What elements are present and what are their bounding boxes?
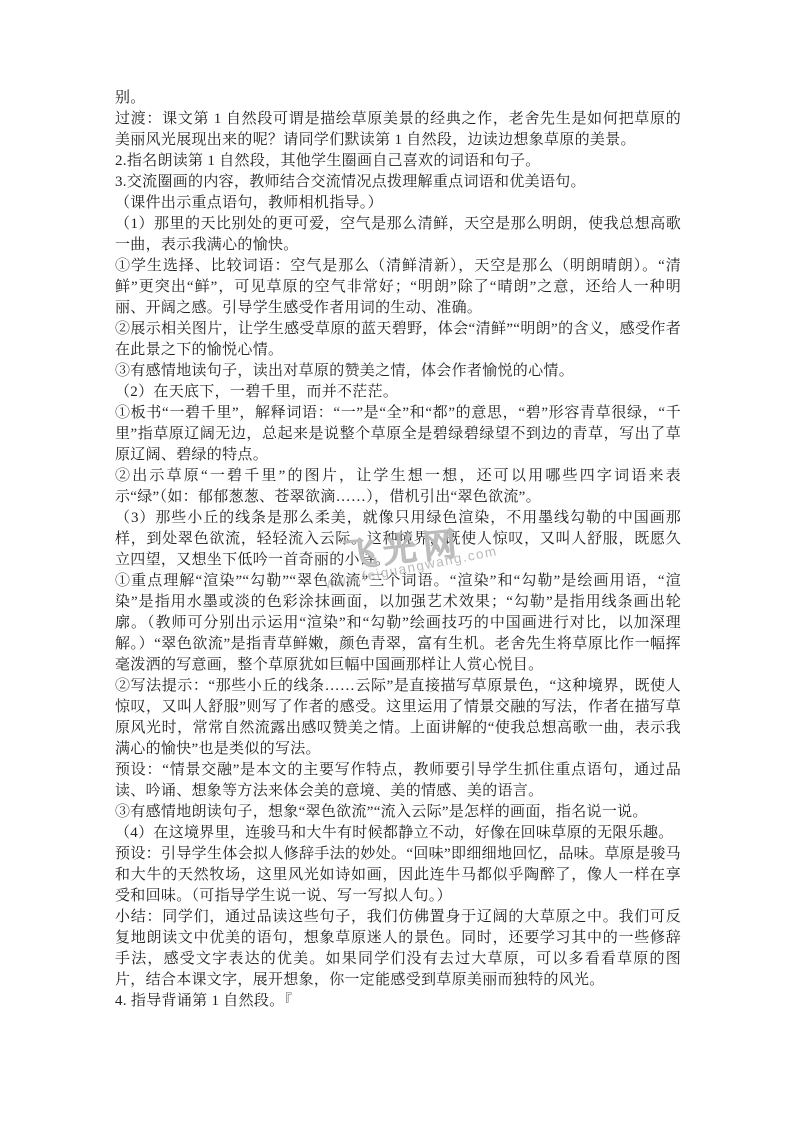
paragraph: （3）那些小丘的线条是那么柔美，就像只用绿色渲染，不用墨线勾勒的中国画那样，到处…	[115, 508, 681, 571]
paragraph: ①板书“一碧千里”，解释词语：“一”是“全”和“都”的意思，“碧”形容青草很绿，…	[115, 403, 681, 466]
document-body: 别。 过渡：课文第 1 自然段可谓是描绘草原美景的经典之作，老舍先生是如何把草原…	[115, 88, 681, 1012]
paragraph: （4）在这境界里，连骏马和大牛有时候都静立不动，好像在回味草原的无限乐趣。	[115, 823, 681, 844]
paragraph: 3.交流圈画的内容，教师结合交流情况点拨理解重点词语和优美语句。	[115, 172, 681, 193]
document-page: 别。 过渡：课文第 1 自然段可谓是描绘草原美景的经典之作，老舍先生是如何把草原…	[0, 0, 793, 1122]
paragraph: 别。	[115, 88, 681, 109]
paragraph: 预设：引导学生体会拟人修辞手法的妙处。“回味”即细细地回忆，品味。草原是骏马和大…	[115, 844, 681, 907]
paragraph: （课件出示重点语句，教师相机指导。）	[115, 193, 681, 214]
paragraph: ①重点理解“渲染”“勾勒”“翠色欲流”三个词语。“渲染”和“勾勒”是绘画用语，“…	[115, 571, 681, 676]
paragraph: ①学生选择、比较词语：空气是那么（清鲜清新），天空是那么（明朗晴朗）。“清鲜”更…	[115, 256, 681, 319]
paragraph: ②出示草原“一碧千里”的图片，让学生想一想，还可以用哪些四字词语来表示“绿”（如…	[115, 466, 681, 508]
paragraph: 小结：同学们，通过品读这些句子，我们仿佛置身于辽阔的大草原之中。我们可反复地朗读…	[115, 907, 681, 991]
paragraph: （2）在天底下，一碧千里，而并不茫茫。	[115, 382, 681, 403]
paragraph: ③有感情地朗读句子，想象“翠色欲流”“流入云际”是怎样的画面，指名说一说。	[115, 802, 681, 823]
paragraph: 4. 指导背诵第 1 自然段。『	[115, 991, 681, 1012]
paragraph: ②展示相关图片，让学生感受草原的蓝天碧野，体会“清鲜”“明朗”的含义，感受作者在…	[115, 319, 681, 361]
paragraph: ②写法提示：“那些小丘的线条……云际”是直接描写草原景色，“这种境界，既使人惊叹…	[115, 676, 681, 760]
paragraph: ③有感情地读句子，读出对草原的赞美之情，体会作者愉悦的心情。	[115, 361, 681, 382]
paragraph: 预设：“情景交融”是本文的主要写作特点，教师要引导学生抓住重点语句，通过品读、吟…	[115, 760, 681, 802]
paragraph: 2.指名朗读第 1 自然段，其他学生圈画自己喜欢的词语和句子。	[115, 151, 681, 172]
paragraph: 过渡：课文第 1 自然段可谓是描绘草原美景的经典之作，老舍先生是如何把草原的美丽…	[115, 109, 681, 151]
paragraph: （1）那里的天比别处的更可爱，空气是那么清鲜，天空是那么明朗，使我总想高歌一曲，…	[115, 214, 681, 256]
